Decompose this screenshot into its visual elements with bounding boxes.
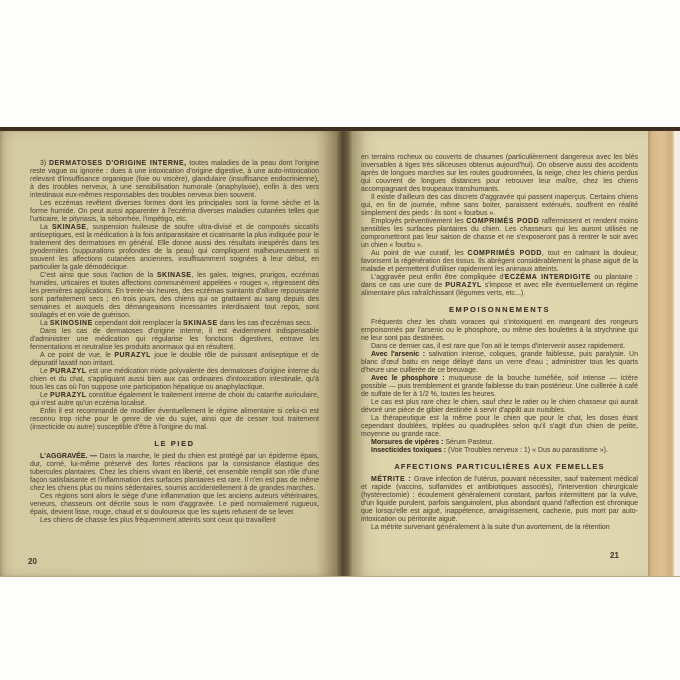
paragraph: L'AGGRAVÉE. — Dans la marche, le pied du… <box>30 453 319 493</box>
paragraph: Enfin il est recommandé de modifier éven… <box>30 408 319 432</box>
product-name: PURAZYL <box>50 368 87 375</box>
text-run: en terrains rocheux ou couverts de chaum… <box>361 154 638 193</box>
section-heading-le-pied: LE PIED <box>30 440 319 448</box>
text-run: Les eczémas revêtent diverses formes don… <box>30 200 319 223</box>
paragraph: Le cas est plus rare chez le chien, sauf… <box>361 399 638 415</box>
paragraph: Avec l'arsenic : salivation intense, col… <box>361 351 638 375</box>
paragraph: Dans ce dernier cas, il est rare que l'o… <box>361 343 638 351</box>
paragraph: MÉTRITE : Grave infection de l'utérus, p… <box>361 476 638 524</box>
text-run: Il existe d'ailleurs des cas discrets d'… <box>361 194 638 217</box>
text-run: Sérum Pasteur. <box>445 439 493 446</box>
text-run: 3) <box>40 160 49 167</box>
product-name: PURAZYL <box>445 282 482 289</box>
text-run: Fréquents chez les chats voraces qui s'i… <box>361 319 638 342</box>
page-number-left: 20 <box>28 557 37 566</box>
paragraph: La SKINASE, suspension huileuse de soufr… <box>30 224 319 272</box>
page-number-right: 21 <box>610 551 619 560</box>
text-run: La <box>40 320 50 327</box>
text-run: , les gales, teignes, prurigos, eczémas … <box>30 272 319 319</box>
text-run: (Voir Troubles nerveux : 1) « Dus au par… <box>448 447 608 454</box>
paragraph: L'aggravée peut enfin être compliquée d'… <box>361 274 638 298</box>
product-name: COMPRIMÉS PODD <box>466 218 539 225</box>
text-run: Grave infection de l'utérus, pouvant néc… <box>361 476 638 523</box>
text-run: Le <box>40 392 50 399</box>
text-run: Enfin il est recommandé de modifier éven… <box>30 408 319 431</box>
paragraph: La thérapeutique est la même pour le chi… <box>361 415 638 439</box>
paragraph: C'est ainsi que sous l'action de la SKIN… <box>30 272 319 320</box>
section-lead: DERMATOSES D'ORIGINE INTERNE, <box>49 160 187 167</box>
paragraph: 3) DERMATOSES D'ORIGINE INTERNE, toutes … <box>30 160 319 200</box>
product-name: COMPRIMÉS PODD <box>468 250 542 257</box>
right-page-text: en terrains rocheux ou couverts de chaum… <box>361 154 638 532</box>
text-run: , suspension huileuse de soufre ultra-di… <box>30 224 319 271</box>
paragraph: Ces régions sont alors le siège d'une in… <box>30 493 319 517</box>
scan-edge <box>674 131 680 576</box>
section-heading-femelles: AFFECTIONS PARTICULIÈRES AUX FEMELLES <box>361 463 638 471</box>
product-name: PURAZYL <box>114 352 151 359</box>
text-run: Employés préventivement les <box>371 218 466 225</box>
paragraph: Au point de vue curatif, les COMPRIMÉS P… <box>361 250 638 274</box>
page-block-edge <box>648 131 674 576</box>
product-name: PURAZYL <box>50 392 87 399</box>
text-run: L'aggravée peut enfin être compliquée d' <box>371 274 505 281</box>
text-run: Le cas est plus rare chez le chien, sauf… <box>361 399 638 414</box>
product-name: SKINASE <box>157 272 192 279</box>
paragraph: La SKINOSINE cependant doit remplacer la… <box>30 320 319 328</box>
left-page-text: 3) DERMATOSES D'ORIGINE INTERNE, toutes … <box>30 160 319 525</box>
paragraph: Dans les cas de dermatoses d'origine int… <box>30 328 319 352</box>
paragraph: Fréquents chez les chats voraces qui s'i… <box>361 319 638 343</box>
text-run: cependant doit remplacer la <box>93 320 183 327</box>
paragraph: Le PURAZYL est une médication mixte poly… <box>30 368 319 392</box>
text-run: La métrite survenant généralement à la s… <box>371 524 610 531</box>
book-scan: 3) DERMATOSES D'ORIGINE INTERNE, toutes … <box>0 127 680 577</box>
text-run: Dans les cas de dermatoses d'origine int… <box>30 328 319 351</box>
text-run: C'est ainsi que sous l'action de la <box>40 272 157 279</box>
paragraph: Il existe d'ailleurs des cas discrets d'… <box>361 194 638 218</box>
paragraph: en terrains rocheux ou couverts de chaum… <box>361 154 638 194</box>
entry-lead: Insecticides toxiques : <box>371 447 448 454</box>
paragraph: Morsures de vipères : Sérum Pasteur. <box>361 439 638 447</box>
book-gutter <box>337 131 352 576</box>
text-run: Dans ce dernier cas, il est rare que l'o… <box>371 343 625 350</box>
entry-lead: Morsures de vipères : <box>371 439 445 446</box>
paragraph: Le PURAZYL constitue également le traite… <box>30 392 319 408</box>
entry-lead: L'AGGRAVÉE. — <box>40 453 100 460</box>
product-name: ECZÉMA INTERDIGITE <box>505 274 591 281</box>
section-heading-empoisonnements: EMPOISONNEMENTS <box>361 306 638 314</box>
product-name: SKINASE <box>52 224 87 231</box>
text-run: A ce point de vue, le <box>40 352 114 359</box>
text-run: La <box>40 224 52 231</box>
text-run: Le <box>40 368 50 375</box>
text-run: Les chiens de chasse les plus fréquemmen… <box>40 517 276 524</box>
text-run: Au point de vue curatif, les <box>371 250 468 257</box>
paragraph: Employés préventivement les COMPRIMÉS PO… <box>361 218 638 250</box>
text-run: La thérapeutique est la même pour le chi… <box>361 415 638 438</box>
paragraph: Insecticides toxiques : (Voir Troubles n… <box>361 447 638 455</box>
paragraph: Les eczémas revêtent diverses formes don… <box>30 200 319 224</box>
entry-lead: Avec le phosphore : <box>371 375 449 382</box>
paragraph: A ce point de vue, le PURAZYL joue le do… <box>30 352 319 368</box>
entry-lead: MÉTRITE : <box>371 476 414 483</box>
text-run: Ces régions sont alors le siège d'une in… <box>30 493 319 516</box>
entry-lead: Avec l'arsenic : <box>371 351 429 358</box>
paragraph: La métrite survenant généralement à la s… <box>361 524 638 532</box>
product-name: SKINASE <box>183 320 218 327</box>
paragraph: Les chiens de chasse les plus fréquemmen… <box>30 517 319 525</box>
text-run: dans les cas d'eczémas secs. <box>218 320 312 327</box>
paragraph: Avec le phosphore : muqueuse de la bouch… <box>361 375 638 399</box>
product-name: SKINOSINE <box>50 320 93 327</box>
